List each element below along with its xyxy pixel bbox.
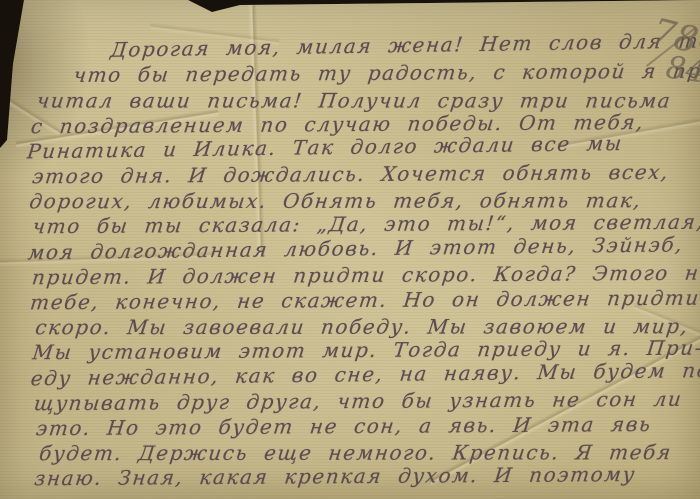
letter-text-block: Дорогая моя, милая жена! Нет слов для то… — [24, 34, 697, 492]
letter-line: тебе, конечно, не скажет. Но он должен п… — [29, 286, 698, 316]
photo-of-letter: Дорогая моя, милая жена! Нет слов для то… — [0, 0, 700, 499]
letter-line: Дорогая моя, милая жена! Нет слов для то… — [109, 29, 696, 63]
letter-line: это. Но это будет не сон, а явь. И эта я… — [35, 412, 699, 442]
letter-paper: Дорогая моя, милая жена! Нет слов для то… — [0, 0, 700, 499]
letter-line: знаю. Зная, какая крепкая духом. И поэто… — [33, 462, 699, 492]
letter-line: этого дня. И дождались. Хочется обнять в… — [31, 160, 697, 190]
letter-line: что бы передать ту радость, с которой я … — [72, 59, 696, 89]
